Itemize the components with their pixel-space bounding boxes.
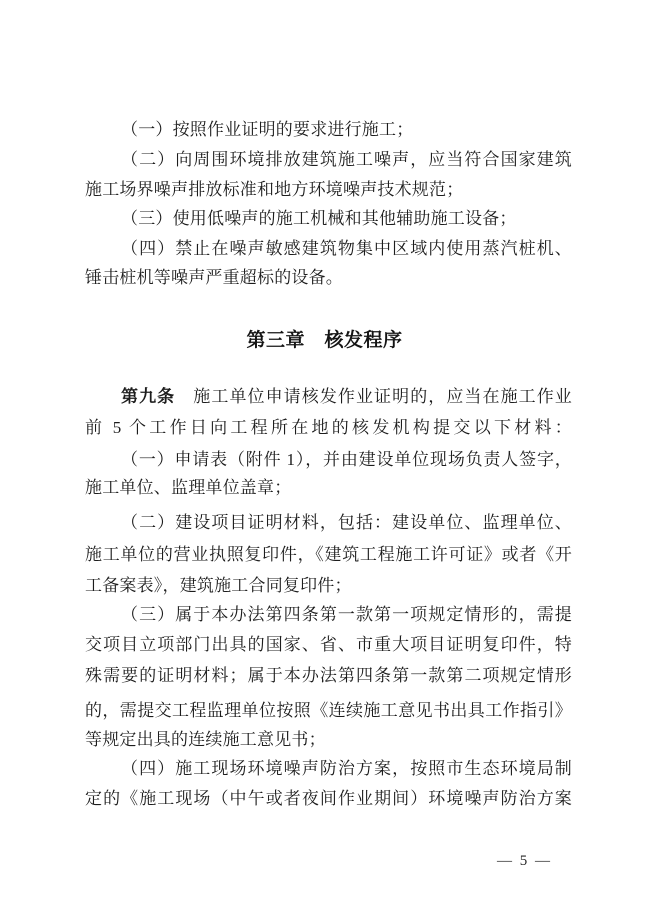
article-number-label: 第九条 [121,387,175,406]
body-line: 等规定出具的连续施工意见书； [85,728,572,752]
body-line: 定的《施工现场（中午或者夜间作业期间）环境噪声防治方案 [85,787,572,811]
body-line: （一）按照作业证明的要求进行施工； [85,118,572,142]
body-line: 殊需要的证明材料；属于本办法第四条第一款第二项规定情形 [85,664,572,688]
article-line-text: 施工单位申请核发作业证明的，应当在施工作业 [175,387,572,406]
body-line: 交项目立项部门出具的国家、省、市重大项目证明复印件，特 [85,633,572,657]
page-number: — 5 — [497,853,552,869]
body-line: （二）建设项目证明材料，包括：建设单位、监理单位、 [85,511,572,535]
body-line: （四）施工现场环境噪声防治方案，按照市生态环境局制 [85,757,572,781]
body-line: 施工单位、监理单位盖章； [85,476,572,500]
body-line: 施工场界噪声排放标准和地方环境噪声技术规范； [85,178,572,202]
document-page: （一）按照作业证明的要求进行施工； （二）向周围环境排放建筑施工噪声，应当符合国… [0,0,649,924]
body-line: 的，需提交工程监理单位按照《连续施工意见书出具工作指引》 [85,699,572,723]
body-line-article: 第九条 施工单位申请核发作业证明的，应当在施工作业 [85,385,572,409]
body-line: （一）申请表（附件 1），并由建设单位现场负责人签字， [85,448,572,472]
body-line: （三）属于本办法第四条第一款第一项规定情形的，需提 [85,603,572,627]
body-line: （三）使用低噪声的施工机械和其他辅助施工设备； [85,207,572,231]
body-line: 工备案表》，建筑施工合同复印件； [85,574,572,598]
body-line: （四）禁止在噪声敏感建筑物集中区域内使用蒸汽桩机、 [85,237,572,261]
body-line: 施工单位的营业执照复印件，《建筑工程施工许可证》或者《开 [85,543,572,567]
body-line: 前 5 个工作日向工程所在地的核发机构提交以下材料： [85,416,572,440]
body-line: 锤击桩机等噪声严重超标的设备。 [85,266,572,290]
chapter-heading: 第三章 核发程序 [0,328,649,354]
body-line: （二）向周围环境排放建筑施工噪声，应当符合国家建筑 [85,148,572,172]
